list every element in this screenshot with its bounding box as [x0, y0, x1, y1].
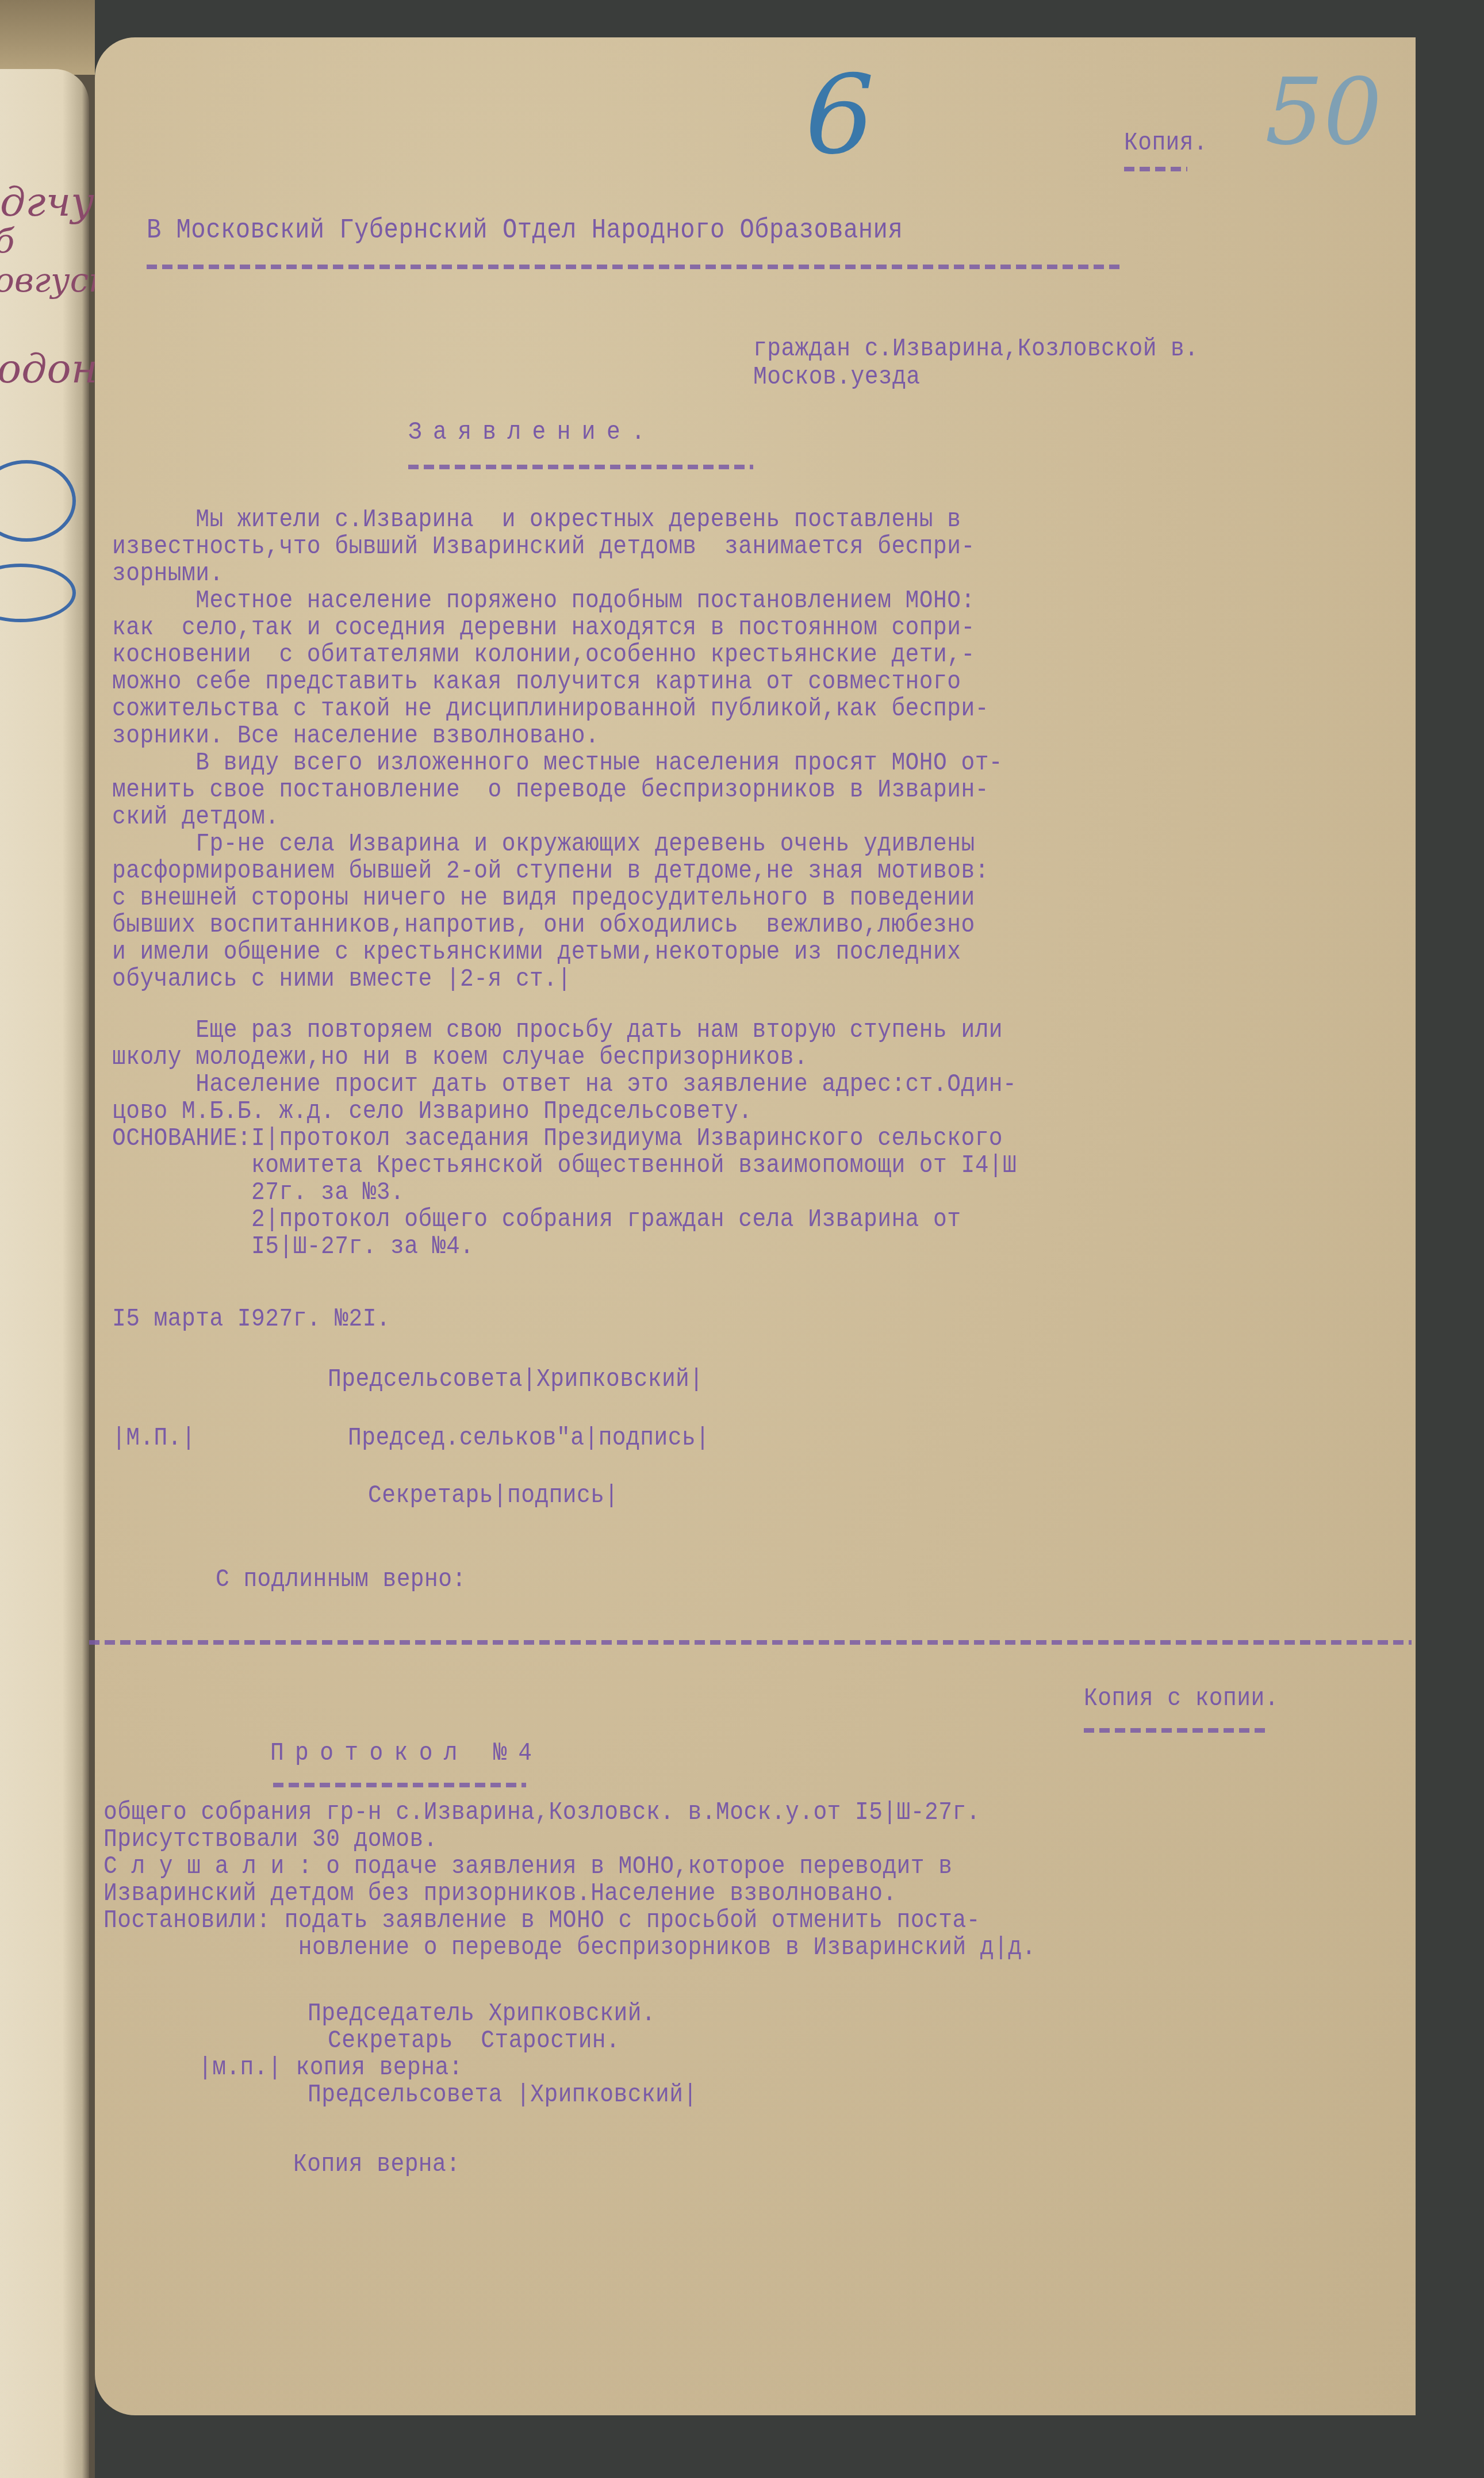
- protocol-title-underline: [273, 1783, 526, 1787]
- statement-title: Заявление.: [408, 419, 656, 446]
- sender-line-1: граждан с.Изварина,Козловской в.: [753, 335, 1199, 362]
- protocol-line: новление о переводе беспризорников в Изв…: [103, 1934, 1036, 1961]
- certification-true-copy: С подлинным верно:: [216, 1566, 466, 1593]
- protocol-seal-copy: |м.п.| копия верна:: [198, 2054, 463, 2081]
- sender-line-2: Москов.уезда: [753, 363, 920, 390]
- blue-ink-flourish-lower: [0, 564, 76, 622]
- protocol-title: Протокол №4: [270, 1740, 543, 1767]
- statement-line: как село,так и соседния деревни находятс…: [112, 614, 975, 641]
- statement-line: Еще раз повторяем свою просьбу дать нам …: [112, 1017, 1003, 1044]
- addressee: В Московский Губернский Отдел Народного …: [147, 217, 903, 244]
- protocol-line: общего собрания гр-н с.Изварина,Козловск…: [103, 1799, 980, 1826]
- signature-chairman: Предсельсовета|Хрипковский|: [328, 1366, 704, 1393]
- previous-page-edge: дгчуш б овгуст одон: [0, 69, 89, 2478]
- signature-secretary: Секретарь|подпись|: [368, 1482, 619, 1509]
- copy-of-copy-label: Копия с копии.: [1084, 1685, 1279, 1712]
- statement-line: и имели общение с крестьянскими детьми,н…: [112, 939, 961, 966]
- basis-line: I5|Ш-27г. за №4.: [112, 1233, 474, 1260]
- statement-line: Местное население поряжено подобным пост…: [112, 587, 975, 614]
- statement-line: В виду всего изложенного местные населен…: [112, 749, 1003, 776]
- protocol-signature-secretary: Секретарь Старостин.: [328, 2027, 620, 2054]
- section-separator: [89, 1640, 1412, 1645]
- statement-line: известность,что бывший Изваринский детдо…: [112, 533, 975, 560]
- basis-line: комитета Крестьянской общественной взаим…: [112, 1152, 1017, 1179]
- protocol-line: Присутствовали 30 домов.: [103, 1826, 438, 1853]
- protocol-line: Изваринский детдом без призорников.Насел…: [103, 1880, 897, 1907]
- statement-line: зорники. Все население взволновано.: [112, 722, 599, 749]
- statement-line: зорными.: [112, 560, 224, 587]
- statement-line: бывших воспитанников,напротив, они обход…: [112, 911, 975, 939]
- basis-line: ОСНОВАНИЕ:I|протокол заседания Президиум…: [112, 1125, 1003, 1152]
- statement-line: Гр-не села Изварина и окружающих деревен…: [112, 830, 975, 857]
- statement-line: менить свое постановление о переводе бес…: [112, 776, 989, 803]
- basis-line: 27г. за №3.: [112, 1179, 404, 1206]
- statement-line: расформированием бывшей 2-ой ступени в д…: [112, 857, 989, 884]
- statement-line: с внешней стороны ничего не видя предосу…: [112, 884, 975, 911]
- statement-title-underline: [408, 465, 753, 469]
- statement-line: Мы жители с.Изварина и окрестных деревен…: [112, 506, 961, 533]
- handwritten-fragment-3: одон: [0, 345, 98, 392]
- basis-line: 2|протокол общего собрания граждан села …: [112, 1206, 961, 1233]
- blue-ink-flourish: [0, 460, 76, 542]
- statement-line: обучались с ними вместе |2-я ст.|: [112, 966, 572, 993]
- protocol-signature-chairman: Председатель Хрипковский.: [308, 2000, 655, 2027]
- handwritten-sheet-number: 6: [805, 60, 875, 170]
- protocol-heard: С л у ш а л и : о подаче заявления в МОН…: [103, 1853, 952, 1880]
- statement-date: I5 марта I927г. №2I.: [112, 1305, 390, 1332]
- statement-line: Население просит дать ответ на это заявл…: [112, 1071, 1017, 1098]
- handwritten-folio-number: 50: [1265, 66, 1382, 158]
- binding-top-edge: [0, 0, 95, 75]
- protocol-signature-council-chair: Предсельсовета |Хрипковский|: [308, 2081, 697, 2108]
- statement-line: школу молодежи,но ни в коем случае беспр…: [112, 1044, 808, 1071]
- statement-line: цово М.Б.Б. ж.д. село Изварино Предсельс…: [112, 1098, 752, 1125]
- signature-committee-chair: Председ.сельков"а|подпись|: [348, 1424, 710, 1451]
- seal-mark: |М.П.|: [112, 1424, 195, 1451]
- protocol-certification: Копия верна:: [293, 2151, 460, 2178]
- copy-label: Копия.: [1124, 129, 1207, 156]
- copy-label-underline: [1124, 167, 1187, 171]
- statement-line: можно себе представить какая получится к…: [112, 668, 961, 695]
- protocol-resolved: Постановили: подать заявление в МОНО с п…: [103, 1907, 980, 1934]
- copy-of-copy-underline: [1084, 1728, 1268, 1733]
- statement-line: сожительства с такой не дисциплинированн…: [112, 695, 989, 722]
- statement-line: косновении с обитателями колонии,особенн…: [112, 641, 975, 668]
- addressee-underline: [147, 265, 1121, 269]
- statement-line: ский детдом.: [112, 803, 279, 830]
